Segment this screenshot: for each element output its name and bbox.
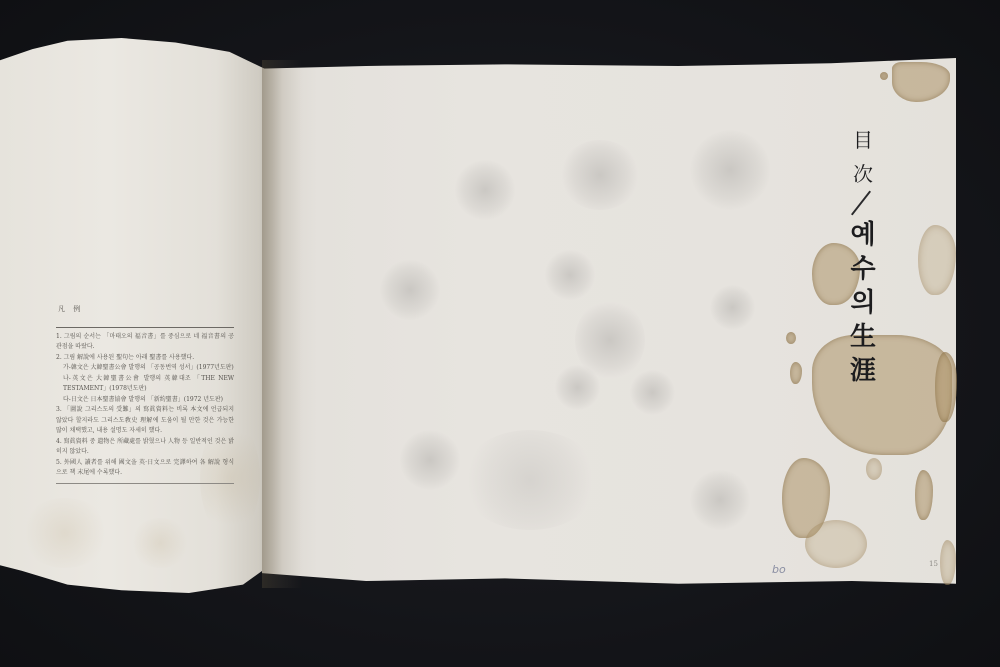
paper-spot xyxy=(690,130,770,210)
note-item: 3. 「圖說 그리스도의 受難」의 寫眞資料는 비록 本文에 언급되지 않았다 … xyxy=(56,405,234,437)
paper-spot xyxy=(400,430,460,490)
note-item: 1. 그림의 순서는 「마태오의 福音書」를 중심으로 네 福音書의 공관점을 … xyxy=(56,332,234,353)
water-stain xyxy=(866,458,882,480)
paper-spot xyxy=(690,470,750,530)
water-stain xyxy=(880,72,888,80)
paper-spot xyxy=(555,365,600,410)
paper-spot xyxy=(630,370,675,415)
page-number: 15 xyxy=(929,560,938,568)
notes-bottom-rule xyxy=(56,483,234,484)
note-item: 5. 外國人 讀者를 위해 國文을 英·日文으로 完譯하여 各 解說 형식으로 … xyxy=(56,458,234,479)
note-subitem: 다-日文은 日本聖書協會 발행의 「新約聖書」(1972 년도판) xyxy=(56,395,234,406)
note-subitem: 가-韓文은 大韓聖書公會 발행의 「공동번역 성서」(1977년도판) xyxy=(56,363,234,374)
paper-spot xyxy=(460,430,600,530)
paper-stain xyxy=(130,518,190,568)
paper-spot xyxy=(455,160,515,220)
notes-top-rule xyxy=(56,327,234,328)
photo-scene: 凡 例 1. 그림의 순서는 「마태오의 福音書」를 중심으로 네 福音書의 공… xyxy=(0,0,1000,667)
paper-spot xyxy=(545,250,595,300)
book-gutter xyxy=(262,60,302,588)
title-char: 수 xyxy=(850,252,875,286)
water-stain xyxy=(786,332,796,344)
paper-spot xyxy=(710,285,755,330)
paper-spot xyxy=(380,260,440,320)
note-subitem: 나-英文은 大韓聖書公會 발행의 英韓대조 「THE NEW TESTAMENT… xyxy=(56,374,234,395)
slash-divider xyxy=(851,191,871,216)
pencil-mark: bo xyxy=(772,563,786,576)
note-item: 2. 그림 解說에 사용된 聖句는 아래 聖書를 사용했다. xyxy=(56,353,234,364)
title-char: 의 xyxy=(850,286,875,320)
toc-label-char: 次 xyxy=(853,162,873,186)
explanatory-notes: 凡 例 1. 그림의 순서는 「마태오의 福音書」를 중심으로 네 福音書의 공… xyxy=(56,304,234,484)
toc-label-char: 目 xyxy=(853,128,873,152)
paper-spot xyxy=(560,140,640,210)
paper-stain xyxy=(20,498,110,568)
table-of-contents-title: 目 次 예 수 의 生 涯 xyxy=(846,128,880,388)
title-char: 生 xyxy=(850,320,876,354)
title-char: 涯 xyxy=(850,354,876,388)
title-char: 예 xyxy=(850,218,875,252)
notes-title: 凡 例 xyxy=(58,304,234,315)
note-item: 4. 寫眞資料 중 遺物은 所藏處를 밝혔으나 人物 등 일반적인 것은 밝히지… xyxy=(56,437,234,458)
water-stain xyxy=(805,520,867,568)
